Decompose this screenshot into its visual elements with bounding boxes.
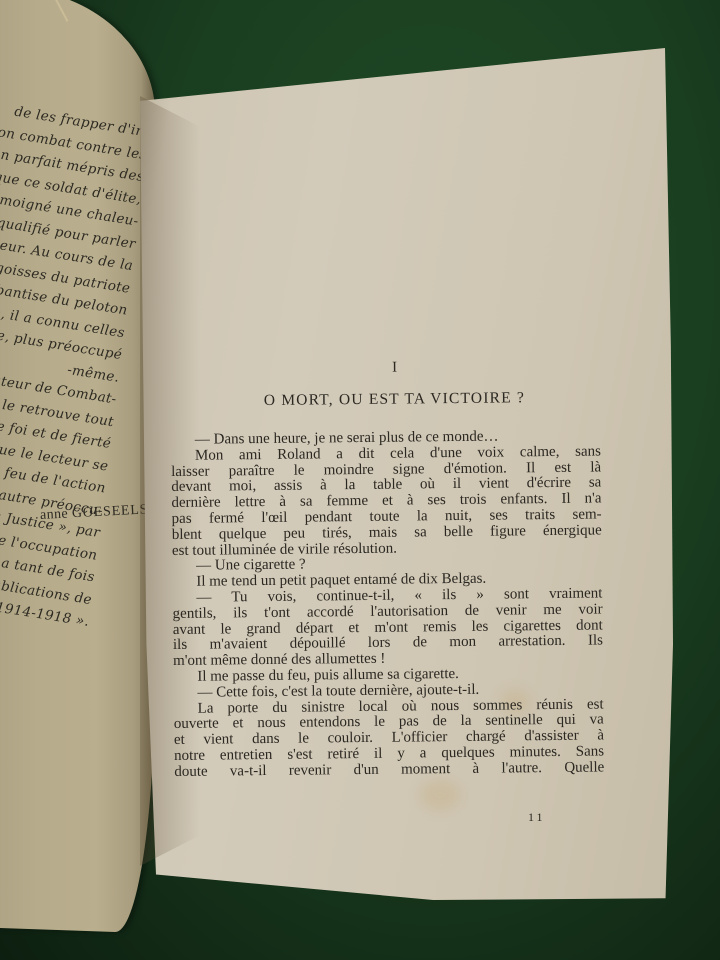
book-photo: de les frapper d'in- on combat contre le… bbox=[0, 0, 720, 960]
chapter-number: I bbox=[170, 357, 600, 379]
signature-name: GOESEELS. bbox=[72, 502, 153, 521]
signature-prefix: anne bbox=[40, 506, 73, 523]
left-page-text: de les frapper d'in- on combat contre le… bbox=[0, 95, 151, 633]
page-number: 11 bbox=[528, 810, 546, 825]
paper-stain bbox=[420, 780, 460, 810]
left-page: de les frapper d'in- on combat contre le… bbox=[0, 0, 155, 933]
chapter-body: I O MORT, OU EST TA VICTOIRE ? — Dans un… bbox=[170, 357, 604, 780]
chapter-title: O MORT, OU EST TA VICTOIRE ? bbox=[170, 388, 600, 411]
